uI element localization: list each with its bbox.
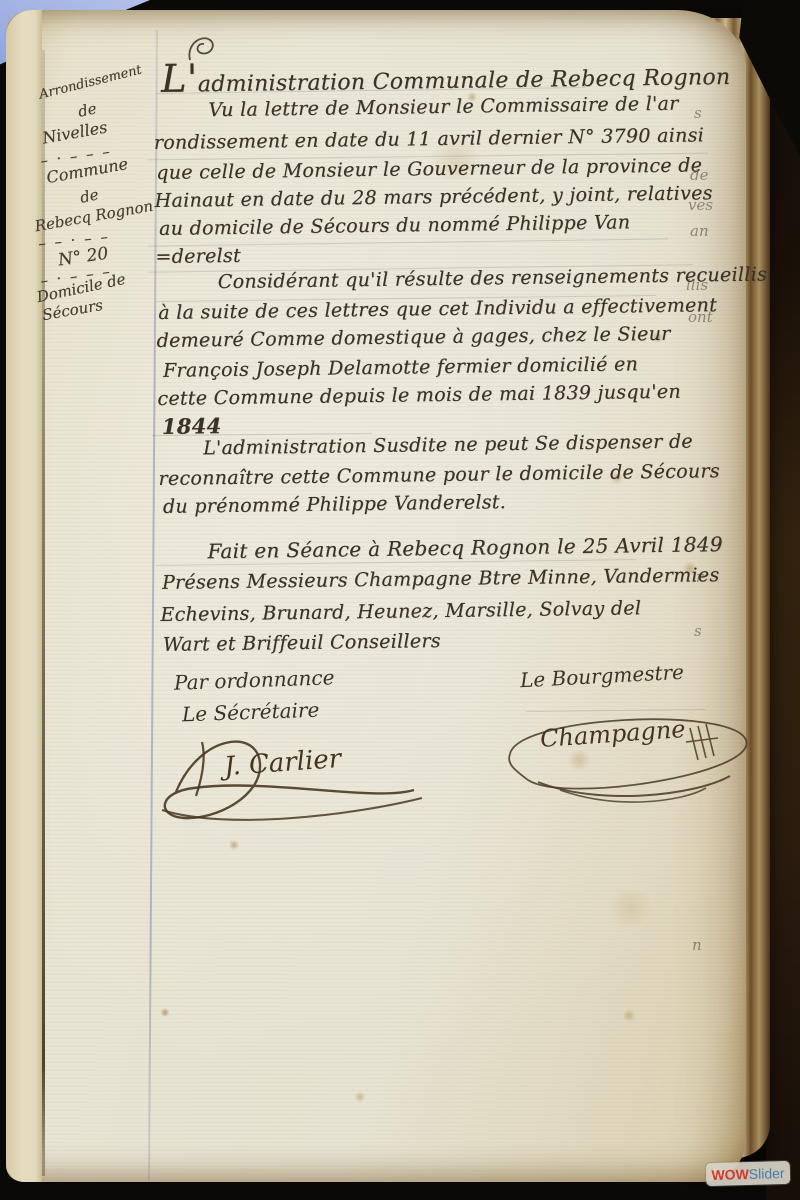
manuscript-line: François Joseph Delamotte fermier domici… — [163, 353, 638, 383]
foxing-spot — [622, 1010, 636, 1021]
edge-ink-fragment: ont — [688, 310, 713, 325]
wowslider-watermark: WOWSlider — [706, 1161, 791, 1186]
watermark-slider-text: Slider — [749, 1166, 785, 1181]
secretary-signature-name: J. Carlier — [223, 746, 342, 780]
edge-ink-fragment: llis — [686, 278, 708, 293]
manuscript-text-block: L'administration Communale de Rebecq Rog… — [152, 2, 752, 10]
manuscript-line: rondissement en date du 11 avril dernier… — [154, 124, 705, 155]
manuscript-line: Fait en Séance à Rebecq Rognon le 25 Avr… — [207, 532, 723, 564]
manuscript-page: Arrondissement de Nivelles – · – – – Com… — [6, 10, 746, 1182]
foxing-spot — [606, 890, 656, 926]
manuscript-line: cette Commune depuis le mois de mai 1839… — [157, 381, 681, 412]
manuscript-line: 1844 — [162, 413, 222, 440]
manuscript-line: au domicile de Sécours du nommé Philippe… — [159, 211, 631, 241]
edge-ink-fragment: s — [694, 106, 702, 121]
edge-ink-fragment: s — [694, 624, 702, 639]
photo-background: Arrondissement de Nivelles – · – – – Com… — [0, 0, 800, 1200]
manuscript-line: reconnaître cette Commune pour le domici… — [158, 460, 720, 492]
edge-ink-fragment: n — [692, 938, 702, 953]
previous-page-edge — [6, 10, 42, 1182]
manuscript-line: =derelst — [155, 245, 241, 270]
margin-note-de: de — [78, 186, 100, 206]
edge-ink-fragment: r — [696, 570, 703, 585]
edge-ink-fragment: de — [690, 168, 708, 183]
foxing-spot — [228, 840, 240, 850]
manuscript-line: L'administration Susdite ne peut Se disp… — [203, 430, 693, 461]
foxing-spot — [354, 1092, 366, 1102]
ordonnance-label: Par ordonnance — [174, 665, 335, 695]
manuscript-line: demeuré Comme domestique à gages, chez l… — [156, 323, 670, 354]
manuscript-line: du prénommé Philippe Vanderelst. — [163, 491, 506, 520]
watermark-wow-text: WOW — [711, 1166, 749, 1181]
manuscript-line: Considérant qu'il résulte des renseignem… — [218, 263, 768, 294]
manuscript-line: Wart et Briffeuil Conseillers — [163, 630, 441, 658]
edge-ink-fragment: an — [690, 224, 709, 239]
manuscript-line: Hainaut en date du 28 mars précédent, y … — [155, 182, 713, 214]
margin-note-arrondissement: Arrondissement — [38, 63, 143, 102]
manuscript-line: Echevins, Brunard, Heunez, Marsille, Sol… — [160, 597, 641, 627]
margin-note-de: de — [76, 100, 98, 120]
edge-ink-fragment: ves — [688, 198, 713, 213]
manuscript-line: Présens Messieurs Champagne Btre Minne, … — [162, 564, 720, 596]
manuscript-line: à la suite de ces lettres que cet Indivi… — [158, 294, 717, 326]
bourgmestre-signature-flourish — [494, 698, 774, 808]
bourgmestre-label: Le Bourgmestre — [519, 660, 684, 693]
book-cover-edge — [766, 0, 800, 1200]
foxing-spot — [160, 1008, 170, 1017]
